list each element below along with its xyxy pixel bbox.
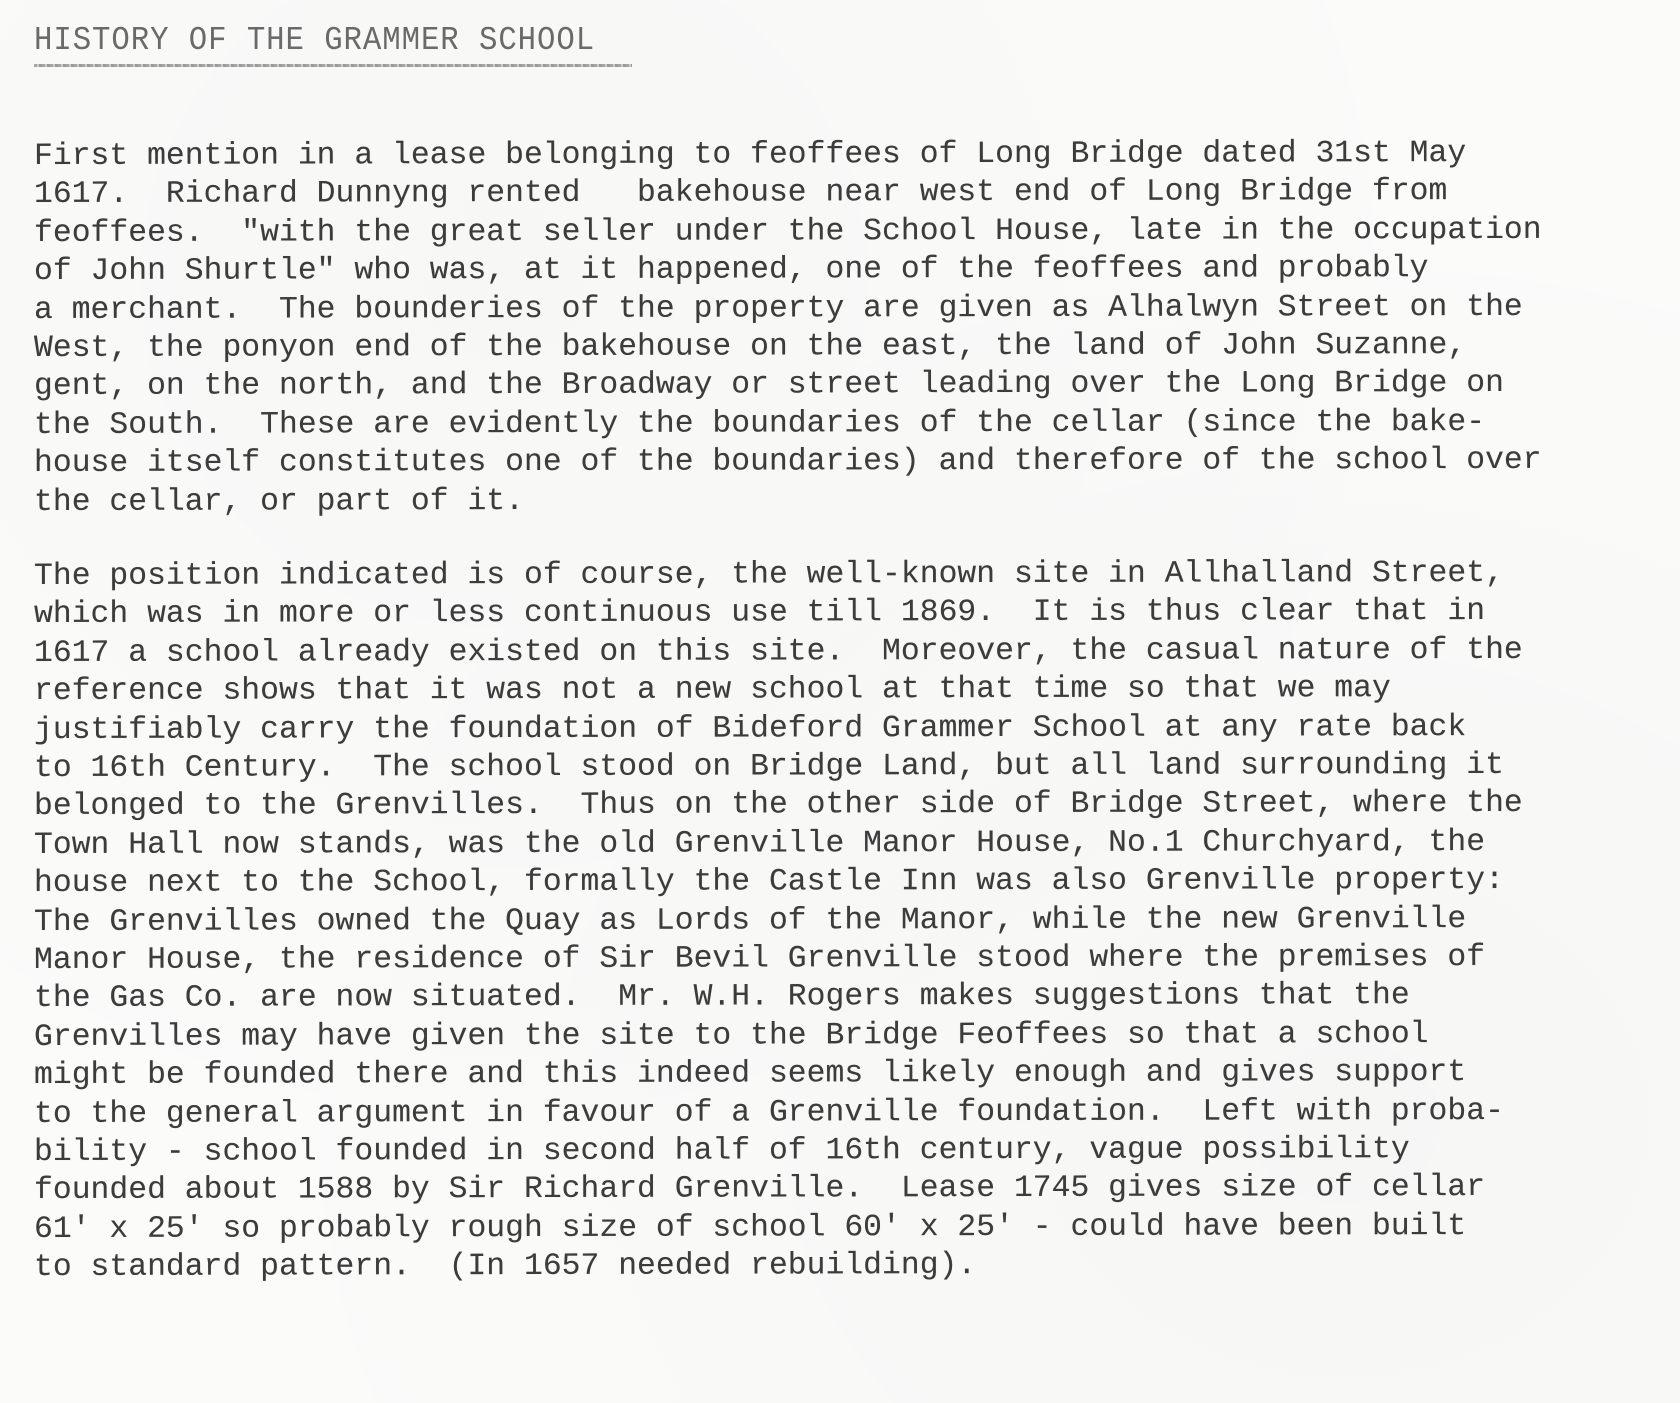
text-line: to 16th Century. The school stood on Bri…: [34, 749, 1504, 786]
text-line: of John Shurtle" who was, at it happened…: [34, 252, 1429, 289]
document-page: HISTORY OF THE GRAMMER SCHOOL First ment…: [0, 0, 1680, 1403]
text-line: First mention in a lease belonging to fe…: [34, 137, 1466, 174]
text-line: justifiably carry the foundation of Bide…: [34, 711, 1466, 748]
title-underline: [34, 64, 632, 67]
text-line: the Gas Co. are now situated. Mr. W.H. R…: [34, 980, 1410, 1017]
text-line: founded about 1588 by Sir Richard Grenvi…: [34, 1171, 1485, 1208]
text-line: the cellar, or part of it.: [34, 485, 524, 520]
text-line: West, the ponyon end of the bakehouse on…: [34, 329, 1466, 366]
text-line: Manor House, the residence of Sir Bevil …: [34, 941, 1485, 978]
text-line: house itself constitutes one of the boun…: [34, 444, 1542, 481]
text-line: the South. These are evidently the bound…: [34, 406, 1485, 443]
text-line: Grenvilles may have given the site to th…: [34, 1018, 1429, 1055]
text-line: house next to the School, formally the C…: [34, 864, 1504, 901]
text-line: might be founded there and this indeed s…: [34, 1056, 1466, 1093]
text-line: a merchant. The bounderies of the proper…: [34, 291, 1523, 328]
text-line: The Grenvilles owned the Quay as Lords o…: [34, 903, 1466, 940]
text-line: 1617 a school already existed on this si…: [34, 634, 1523, 671]
text-line: 1617. Richard Dunnyng rented bakehouse n…: [34, 175, 1447, 212]
text-line: Town Hall now stands, was the old Grenvi…: [34, 826, 1485, 863]
text-line: gent, on the north, and the Broadway or …: [34, 367, 1504, 404]
text-line: 61' x 25' so probably rough size of scho…: [34, 1210, 1466, 1247]
text-line: which was in more or less continuous use…: [34, 595, 1485, 632]
text-line: belonged to the Grenvilles. Thus on the …: [34, 787, 1523, 824]
text-line: to the general argument in favour of a G…: [34, 1095, 1504, 1132]
text-line: The position indicated is of course, the…: [34, 557, 1504, 594]
text-line: bility - school founded in second half o…: [34, 1133, 1410, 1170]
text-line: reference shows that it was not a new sc…: [34, 672, 1391, 709]
text-line: to standard pattern. (In 1657 needed reb…: [34, 1249, 976, 1285]
document-title: HISTORY OF THE GRAMMER SCHOOL: [34, 22, 595, 59]
text-line: feoffees. "with the great seller under t…: [34, 214, 1542, 251]
